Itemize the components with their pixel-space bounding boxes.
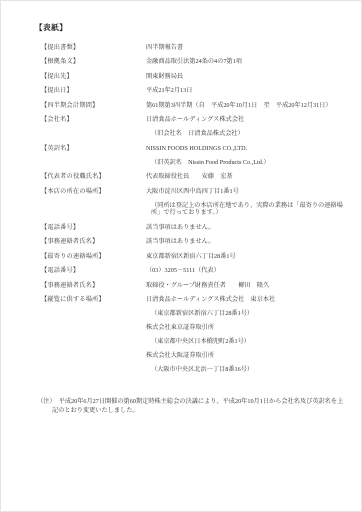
field-row-head-office-address: 【本店の所在の場所】 大阪市淀川区西中島四丁目1番1号 （同所は登記上の本店所在… (41, 188, 347, 224)
field-value: 関東財務局長 (146, 73, 347, 81)
document-page: 【表紙】 【提出書類】 四半期報告書 【根拠条文】 金融商品取引法第24条の4の… (0, 0, 362, 512)
field-value-old-english-name: （旧英訳名 Nissin Food Products Co.,Ltd.） (146, 159, 347, 167)
footnote: （注） 平成20年6月27日開催の第60期定時株主総会の決議により、平成20年1… (37, 397, 347, 415)
inspection-place-tse: 株式会社東京証券取引所 (146, 324, 347, 332)
field-row-english-name: 【英訳名】 NISSIN FOODS HOLDINGS CO.,LTD. （旧英… (41, 145, 347, 173)
field-row-submission-date: 【提出日】 平成21年2月13日 (41, 87, 347, 101)
field-row-nearest-contact-place: 【最寄りの連絡場所】 東京都新宿区新宿六丁目28番1号 (41, 253, 347, 267)
page-title: 【表紙】 (35, 24, 347, 32)
field-value: 該当事項はありません。 (146, 238, 347, 246)
cover-fields: 【提出書類】 四半期報告書 【根拠条文】 金融商品取引法第24条の4の7第1項 … (41, 44, 347, 381)
inspection-place-tokyo-office: 日清食品ホールディングス株式会社 東京本社 (146, 296, 347, 304)
field-label: 【最寄りの連絡場所】 (41, 253, 146, 267)
field-value: 平成21年2月13日 (146, 87, 347, 95)
field-label: 【提出書類】 (41, 44, 146, 58)
field-row-phone-number-2: 【電話番号】 （03）3205－5111（代表） (41, 267, 347, 281)
field-value: 金融商品取引法第24条の4の7第1項 (146, 58, 347, 66)
field-value: 四半期報告書 (146, 44, 347, 52)
field-row-quarterly-period: 【四半期会計期間】 第61期第3四半期（自 平成20年10月1日 至 平成20年… (41, 102, 347, 116)
field-label: 【提出先】 (41, 73, 146, 87)
inspection-place-tse-address: （東京都中央区日本橋兜町2番1号） (146, 338, 347, 346)
field-label: 【英訳名】 (41, 145, 146, 173)
field-label: 【根拠条文】 (41, 58, 146, 72)
field-row-contact-person-2: 【事務連絡者氏名】 取締役・グループ財務責任者 柳田 隆久 (41, 282, 347, 296)
field-value-address-remark: （同所は登記上の本店所在地であり、実際の業務は「最寄りの連絡場所」で行っておりま… (146, 202, 347, 217)
field-value: 取締役・グループ財務責任者 柳田 隆久 (146, 282, 347, 290)
field-row-submitted-to: 【提出先】 関東財務局長 (41, 73, 347, 87)
field-row-legal-basis: 【根拠条文】 金融商品取引法第24条の4の7第1項 (41, 58, 347, 72)
field-value: 第61期第3四半期（自 平成20年10月1日 至 平成20年12月31日） (146, 102, 347, 110)
field-row-contact-person-1: 【事務連絡者氏名】 該当事項はありません。 (41, 238, 347, 252)
field-label: 【電話番号】 (41, 224, 146, 238)
field-label: 【会社名】 (41, 116, 146, 144)
field-row-phone-number-1: 【電話番号】 該当事項はありません。 (41, 224, 347, 238)
field-row-public-inspection-places: 【縦覧に供する場所】 日清食品ホールディングス株式会社 東京本社 （東京都新宿区… (41, 296, 347, 380)
field-value: 大阪市淀川区西中島四丁目1番1号 (146, 188, 347, 196)
field-label: 【事務連絡者氏名】 (41, 238, 146, 252)
field-row-representative: 【代表者の役職氏名】 代表取締役社長 安藤 宏基 (41, 173, 347, 187)
field-value: 代表取締役社長 安藤 宏基 (146, 173, 347, 181)
inspection-place-tokyo-office-address: （東京都新宿区新宿六丁目28番1号） (146, 310, 347, 318)
field-label: 【縦覧に供する場所】 (41, 296, 146, 380)
field-row-submission-document: 【提出書類】 四半期報告書 (41, 44, 347, 58)
field-label: 【事務連絡者氏名】 (41, 282, 146, 296)
field-label: 【四半期会計期間】 (41, 102, 146, 116)
field-row-company-name: 【会社名】 日清食品ホールディングス株式会社 （旧会社名 日清食品株式会社） (41, 116, 347, 144)
field-label: 【提出日】 (41, 87, 146, 101)
inspection-place-ose-address: （大阪市中央区北浜一丁目8番16号） (146, 366, 347, 374)
field-value: 該当事項はありません。 (146, 224, 347, 232)
field-value: 日清食品ホールディングス株式会社 (146, 116, 347, 124)
field-value: （03）3205－5111（代表） (146, 267, 347, 275)
field-value: NISSIN FOODS HOLDINGS CO.,LTD. (146, 145, 347, 153)
field-value: 東京都新宿区新宿六丁目28番1号 (146, 253, 347, 261)
field-value-old-name: （旧会社名 日清食品株式会社） (146, 130, 347, 138)
field-label: 【電話番号】 (41, 267, 146, 281)
field-label: 【代表者の役職氏名】 (41, 173, 146, 187)
inspection-place-ose: 株式会社大阪証券取引所 (146, 352, 347, 360)
field-label: 【本店の所在の場所】 (41, 188, 146, 224)
